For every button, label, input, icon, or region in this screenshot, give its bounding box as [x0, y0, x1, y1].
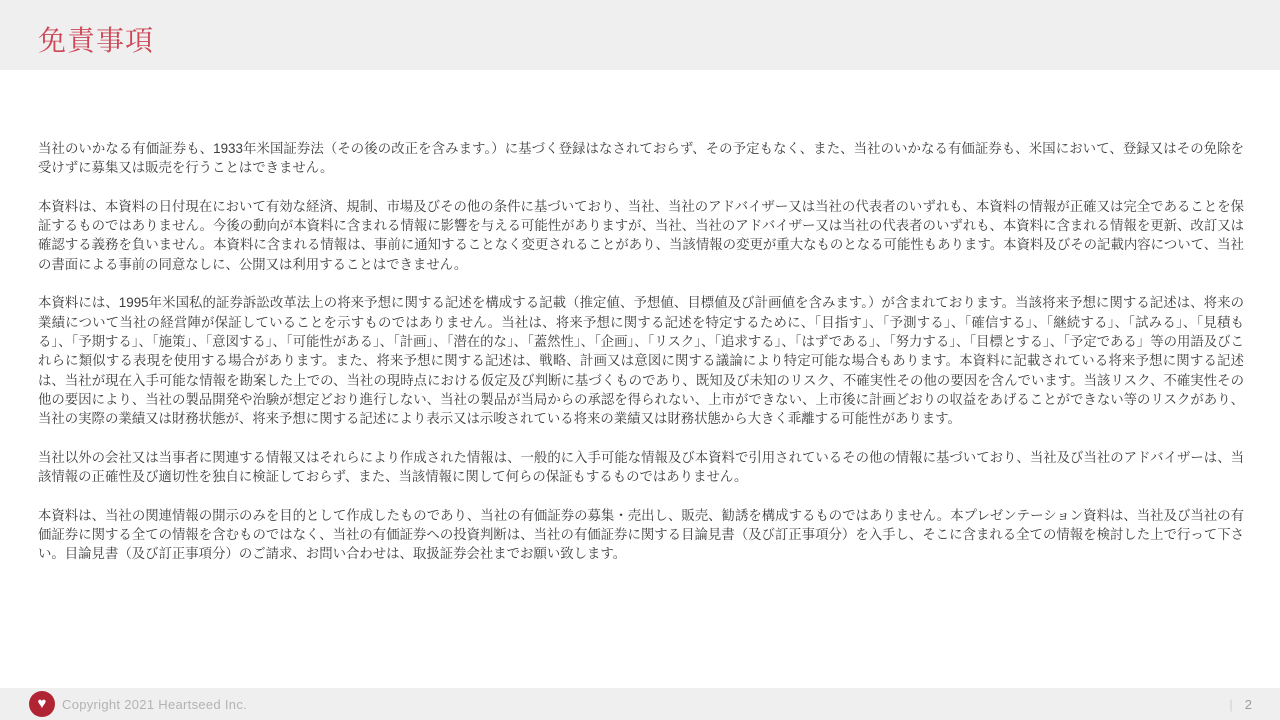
page-number: 2	[1245, 697, 1252, 712]
disclaimer-paragraph-5: 本資料は、当社の関連情報の開示のみを目的として作成したものであり、当社の有価証券…	[38, 506, 1244, 564]
footer-band: ♥ Copyright 2021 Heartseed Inc. | 2	[0, 688, 1280, 720]
company-logo: ♥	[29, 691, 55, 717]
disclaimer-paragraph-3: 本資料には、1995年米国私的証券訴訟改革法上の将来予想に関する記述を構成する記…	[38, 293, 1244, 428]
page-divider: |	[1229, 697, 1232, 712]
disclaimer-paragraph-1: 当社のいかなる有価証券も、1933年米国証券法（その後の改正を含みます。）に基づ…	[38, 139, 1244, 178]
copyright-text: Copyright 2021 Heartseed Inc.	[62, 697, 247, 712]
heart-icon: ♥	[38, 696, 47, 711]
disclaimer-slide: 免責事項 当社のいかなる有価証券も、1933年米国証券法（その後の改正を含みます…	[0, 0, 1280, 720]
disclaimer-paragraph-2: 本資料は、本資料の日付現在において有効な経済、規制、市場及びその他の条件に基づい…	[38, 197, 1244, 274]
header-band: 免責事項	[0, 0, 1280, 70]
disclaimer-text-block: 当社のいかなる有価証券も、1933年米国証券法（その後の改正を含みます。）に基づ…	[38, 139, 1244, 564]
disclaimer-paragraph-4: 当社以外の会社又は当事者に関連する情報又はそれらにより作成された情報は、一般的に…	[38, 448, 1244, 487]
page-title: 免責事項	[38, 26, 154, 57]
page-indicator: | 2	[1229, 697, 1252, 712]
